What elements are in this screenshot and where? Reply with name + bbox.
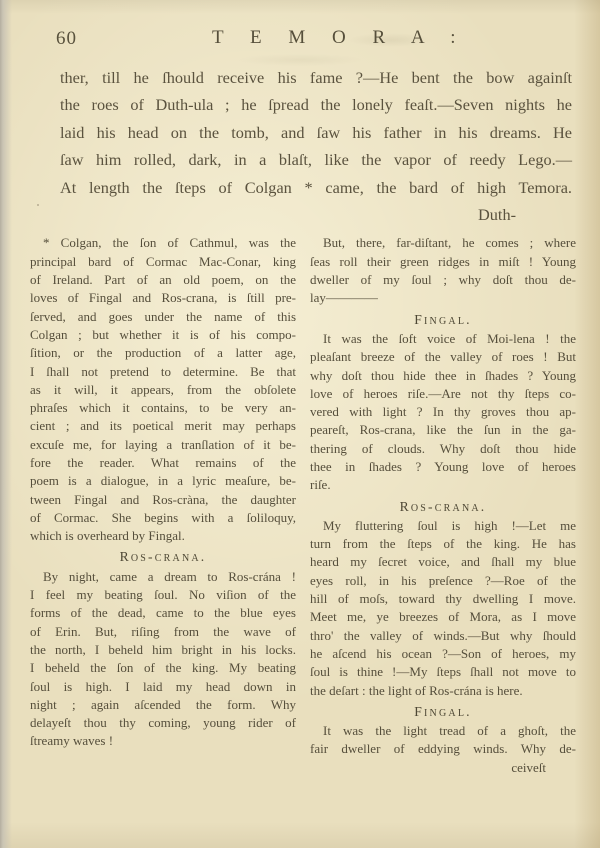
- text-line: hill of moſs, toward thy dwelling I move…: [310, 590, 576, 608]
- book-page-scan: 60 T E M O R A : ther, till he ſhould re…: [0, 0, 600, 848]
- text-line: I feel my beating ſoul. No viſion of the: [30, 586, 296, 604]
- text-line: lay————: [310, 289, 576, 307]
- text-line: principal bard of Cormac Mac-Conar, king: [30, 253, 296, 271]
- text-line: laid his head on the tomb, and ſaw his f…: [60, 119, 572, 146]
- text-line: forms of the dead, came to the blue eyes: [30, 604, 296, 622]
- text-line: thee in ſhades ? Young love of heroes: [310, 458, 576, 476]
- text-line: night ; again aſcended the form. Why: [30, 696, 296, 714]
- text-line: I ſhall not pretend to determine. Be tha…: [30, 363, 296, 381]
- footnote-section: * Colgan, the ſon of Cathmul, was thepri…: [0, 234, 600, 777]
- text-line: I beheld the ſon of the king. My beating: [30, 659, 296, 677]
- text-line: thering of clouds. Why doſt thou hide: [310, 440, 576, 458]
- text-line: My fluttering ſoul is high !—Let me: [310, 517, 576, 535]
- speaker-heading: Fingal.: [310, 703, 576, 721]
- text-line: ſaw him rolled, dark, in a blaſt, like t…: [60, 146, 572, 173]
- text-line: which is overheard by Fingal.: [30, 527, 296, 545]
- text-line: of Cormac. She begins with a ſoliloquy,: [30, 509, 296, 527]
- text-line: thro' the valley of winds.—But why ſhoul…: [310, 627, 576, 645]
- footnote-column-right: But, there, far-diſtant, he comes ; wher…: [310, 234, 576, 777]
- text-line: dweller of my ſoul ; why doſt thou de-: [310, 271, 576, 289]
- text-line: poem is a dialogue, in a lyric meaſure, …: [30, 472, 296, 490]
- text-line: ſoul is high. I laid my head down in: [30, 678, 296, 696]
- footnote-column-left: * Colgan, the ſon of Cathmul, was thepri…: [30, 234, 296, 777]
- text-line: loves of Fingal and Ros-crana, is ſtill …: [30, 289, 296, 307]
- speaker-heading: Ros-crana.: [310, 498, 576, 516]
- text-line: vered with light ? In thy groves thou ap…: [310, 403, 576, 421]
- text-line: fair dweller of eddying winds. Why de-: [310, 740, 576, 758]
- text-line: Colgan ; but whether it is of his compo-: [30, 326, 296, 344]
- text-line: ſition, or the production of a latter ag…: [30, 344, 296, 362]
- catchword: ceiveſt: [310, 759, 576, 777]
- text-line: By night, came a dream to Ros-crána !: [30, 568, 296, 586]
- text-line: turn from the ſteps of the king. He has: [310, 535, 576, 553]
- text-line: the north, I beheld him bright in his lo…: [30, 641, 296, 659]
- text-line: eyes roll, in his preſence ?—Roe of the: [310, 572, 576, 590]
- running-title: T E M O R A :: [212, 27, 467, 49]
- text-line: ſeas roll their green ridges in miſt ! Y…: [310, 253, 576, 271]
- text-line: the deſart : the light of Ros-crána is h…: [310, 682, 576, 700]
- text-line: riſe.: [310, 476, 576, 494]
- text-line: At length the ſteps of Colgan * came, th…: [60, 174, 572, 201]
- text-line: of Erin. But, riſing from the wave of: [30, 623, 296, 641]
- text-line: delayeſt thou thy coming, young rider of: [30, 714, 296, 732]
- text-line: But, there, far-diſtant, he comes ; wher…: [310, 234, 576, 252]
- text-line: pleaſant breeze of the valley of roes ! …: [310, 348, 576, 366]
- speaker-heading: Fingal.: [310, 311, 576, 329]
- page-header: 60 T E M O R A :: [0, 0, 600, 52]
- text-line: as it will, it appears, from the obſolet…: [30, 381, 296, 399]
- text-line: ſtreamy waves !: [30, 732, 296, 750]
- text-line: why doſt thou hide thee in ſhades ? Youn…: [310, 367, 576, 385]
- text-line: ther, till he ſhould receive his fame ?—…: [60, 64, 572, 91]
- speaker-heading: Ros-crana.: [30, 548, 296, 566]
- text-line: cient ; and its poetical merit may perha…: [30, 417, 296, 435]
- text-line: It was the ſoft voice of Moi-lena ! the: [310, 330, 576, 348]
- catchword: Duth-: [60, 201, 572, 228]
- page-number: 60: [56, 28, 77, 50]
- text-line: Meet me, ye breezes of Mora, as I move: [310, 608, 576, 626]
- text-line: fore the reader. What remains of the: [30, 454, 296, 472]
- text-line: peareſt, Ros-crana, like the ſun in the …: [310, 421, 576, 439]
- text-line: love of heroes riſe.—Are not thy ſteps c…: [310, 385, 576, 403]
- text-line: heard my ſecret voice, and ſhall my blue: [310, 553, 576, 571]
- text-line: ſerved, and goes under the name of this: [30, 308, 296, 326]
- text-line: of Ireland. Part of an old poem, on the: [30, 271, 296, 289]
- text-line: tween Fingal and Ros-cràna, the daughter: [30, 491, 296, 509]
- text-line: excuſe me, for laying a tranſlation of i…: [30, 436, 296, 454]
- main-text-block: ther, till he ſhould receive his fame ?—…: [60, 64, 572, 228]
- text-line: ſoul is thine !—My ſteps ſhall not move …: [310, 663, 576, 681]
- text-line: * Colgan, the ſon of Cathmul, was the: [30, 234, 296, 252]
- text-line: phraſes which it contains, to be very an…: [30, 399, 296, 417]
- text-line: It was the light tread of a ghoſt, the: [310, 722, 576, 740]
- text-line: he aſcend his ocean ?—Son of heroes, my: [310, 645, 576, 663]
- text-line: the roes of Duth-ula ; he ſpread the lon…: [60, 91, 572, 118]
